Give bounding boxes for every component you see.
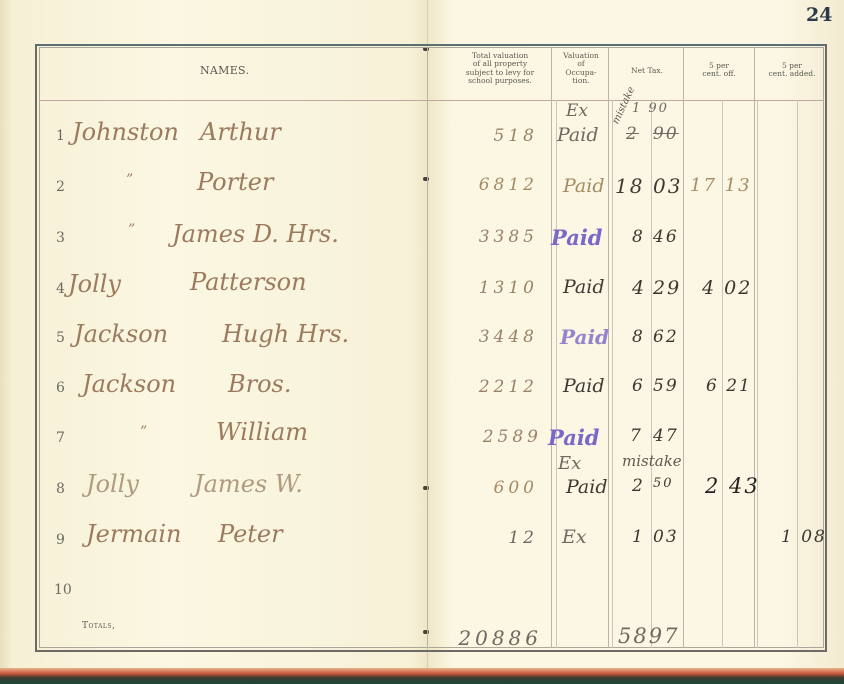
column-rule: [757, 100, 758, 648]
net-tax-cents: 29: [653, 277, 681, 299]
row-number: 4: [56, 281, 65, 297]
header-line: cent. off.: [684, 70, 754, 78]
net-tax-cents: 50: [653, 476, 674, 491]
page-number: 24: [806, 4, 832, 26]
net-tax-dollars: 2: [626, 124, 639, 144]
header-line: cent. added.: [757, 70, 827, 78]
occupation-status: Paid: [566, 476, 608, 498]
total-net-tax: 5897: [618, 624, 679, 648]
property-valuation: 2589: [462, 427, 542, 447]
net-tax-cents: 46: [653, 227, 679, 247]
taxpayer-surname: Jolly: [86, 470, 139, 498]
property-valuation: 3448: [458, 327, 538, 347]
row-number: 5: [56, 330, 65, 346]
column-rule: [556, 100, 557, 648]
column-rule: [612, 100, 613, 648]
net-tax-dollars: 18: [615, 174, 644, 198]
property-valuation: 12: [458, 528, 538, 548]
column-rule: [683, 47, 684, 648]
ditto-mark: ”: [140, 424, 147, 440]
header-line: tion.: [556, 77, 606, 85]
taxpayer-given-name: Porter: [197, 168, 273, 196]
row-number: 1: [56, 128, 65, 144]
net-tax-cents: 90: [653, 124, 679, 144]
five-percent-off-header: 5 per cent. off.: [684, 62, 754, 79]
five-percent-added-header: 5 per cent. added.: [757, 62, 827, 79]
occupation-status: Paid: [560, 325, 609, 349]
taxpayer-surname: Jackson: [74, 320, 168, 348]
taxpayer-given-name: Hugh Hrs.: [222, 320, 349, 348]
taxpayer-surname: Johnston: [72, 118, 179, 146]
valuation-occupation-header: Valuation of Occupa- tion.: [556, 52, 606, 86]
row-number: 8: [56, 481, 65, 497]
net-tax-cents: 03: [653, 527, 679, 547]
net-tax-cents: 47: [653, 426, 679, 446]
row-number: 9: [56, 532, 65, 548]
occupation-status: Paid: [557, 124, 599, 146]
five-percent-added: 1 08: [781, 527, 827, 547]
ditto-mark: ”: [126, 172, 133, 188]
property-valuation: 600: [458, 478, 538, 498]
ditto-mark: ”: [128, 222, 135, 238]
taxpayer-given-name: Peter: [218, 520, 283, 548]
column-rule: [754, 47, 755, 648]
net-tax-dollars: 8: [632, 327, 645, 347]
taxpayer-given-name: William: [216, 418, 308, 446]
net-tax-dollars: 4: [632, 277, 646, 299]
taxpayer-surname: Jermain: [86, 520, 182, 548]
row-number: 2: [56, 179, 65, 195]
net-tax-dollars: 7: [630, 426, 643, 446]
property-valuation: 6812: [458, 175, 538, 195]
column-rule: [427, 47, 428, 648]
header-divider: [39, 100, 824, 101]
names-header: NAMES.: [200, 64, 249, 77]
net-tax-cents: 03: [653, 174, 682, 198]
occupation-note: Ex: [566, 101, 588, 121]
occupation-note: Ex: [558, 453, 581, 474]
total-valuation: 20886: [450, 626, 542, 650]
occupation-status: Paid: [551, 225, 603, 250]
occupation-status: Paid: [563, 276, 605, 298]
net-tax-cents: 59: [653, 376, 679, 396]
five-percent-off: 4 02: [702, 277, 752, 299]
net-tax-dollars: 2: [632, 476, 645, 496]
mistake-annotation: mistake: [622, 452, 682, 470]
taxpayer-surname: Jolly: [68, 270, 121, 298]
totals-label: Totals,: [82, 621, 115, 631]
header-line: school purposes.: [455, 77, 545, 85]
occupation-status: Paid: [563, 375, 605, 397]
property-valuation: 2212: [458, 377, 538, 397]
row-number: 3: [56, 230, 65, 246]
taxpayer-given-name: James D. Hrs.: [172, 220, 339, 248]
property-valuation: 1310: [458, 278, 538, 298]
taxpayer-given-name: James W.: [194, 470, 303, 498]
property-valuation: 3385: [458, 227, 538, 247]
five-percent-off: 2 43: [705, 474, 760, 498]
net-tax-dollars: 1: [632, 527, 645, 547]
property-valuation: 518: [458, 126, 538, 146]
net-tax-cents: 62: [653, 327, 679, 347]
net-tax-correction: 1 90: [632, 101, 669, 116]
occupation-status: Paid: [548, 425, 600, 450]
occupation-status: Ex: [562, 526, 587, 548]
five-percent-off: 17 13: [690, 175, 752, 196]
five-percent-off: 6 21: [706, 376, 752, 396]
column-rule: [551, 47, 552, 648]
row-number: 6: [56, 380, 65, 396]
net-tax-header: Net Tax.: [612, 67, 682, 75]
row-number: 10: [54, 582, 72, 598]
taxpayer-given-name: Patterson: [190, 268, 307, 296]
net-tax-dollars: 6: [632, 376, 645, 396]
taxpayer-given-name: Arthur: [200, 118, 281, 146]
column-rule: [797, 100, 798, 648]
taxpayer-given-name: Bros.: [228, 370, 292, 398]
total-valuation-header: Total valuation of all property subject …: [455, 52, 545, 86]
row-number: 7: [56, 430, 65, 446]
net-tax-dollars: 8: [632, 227, 645, 247]
book-edge: [0, 668, 844, 684]
taxpayer-surname: Jackson: [82, 370, 176, 398]
column-rule: [651, 100, 652, 648]
occupation-status: Paid: [563, 175, 605, 197]
